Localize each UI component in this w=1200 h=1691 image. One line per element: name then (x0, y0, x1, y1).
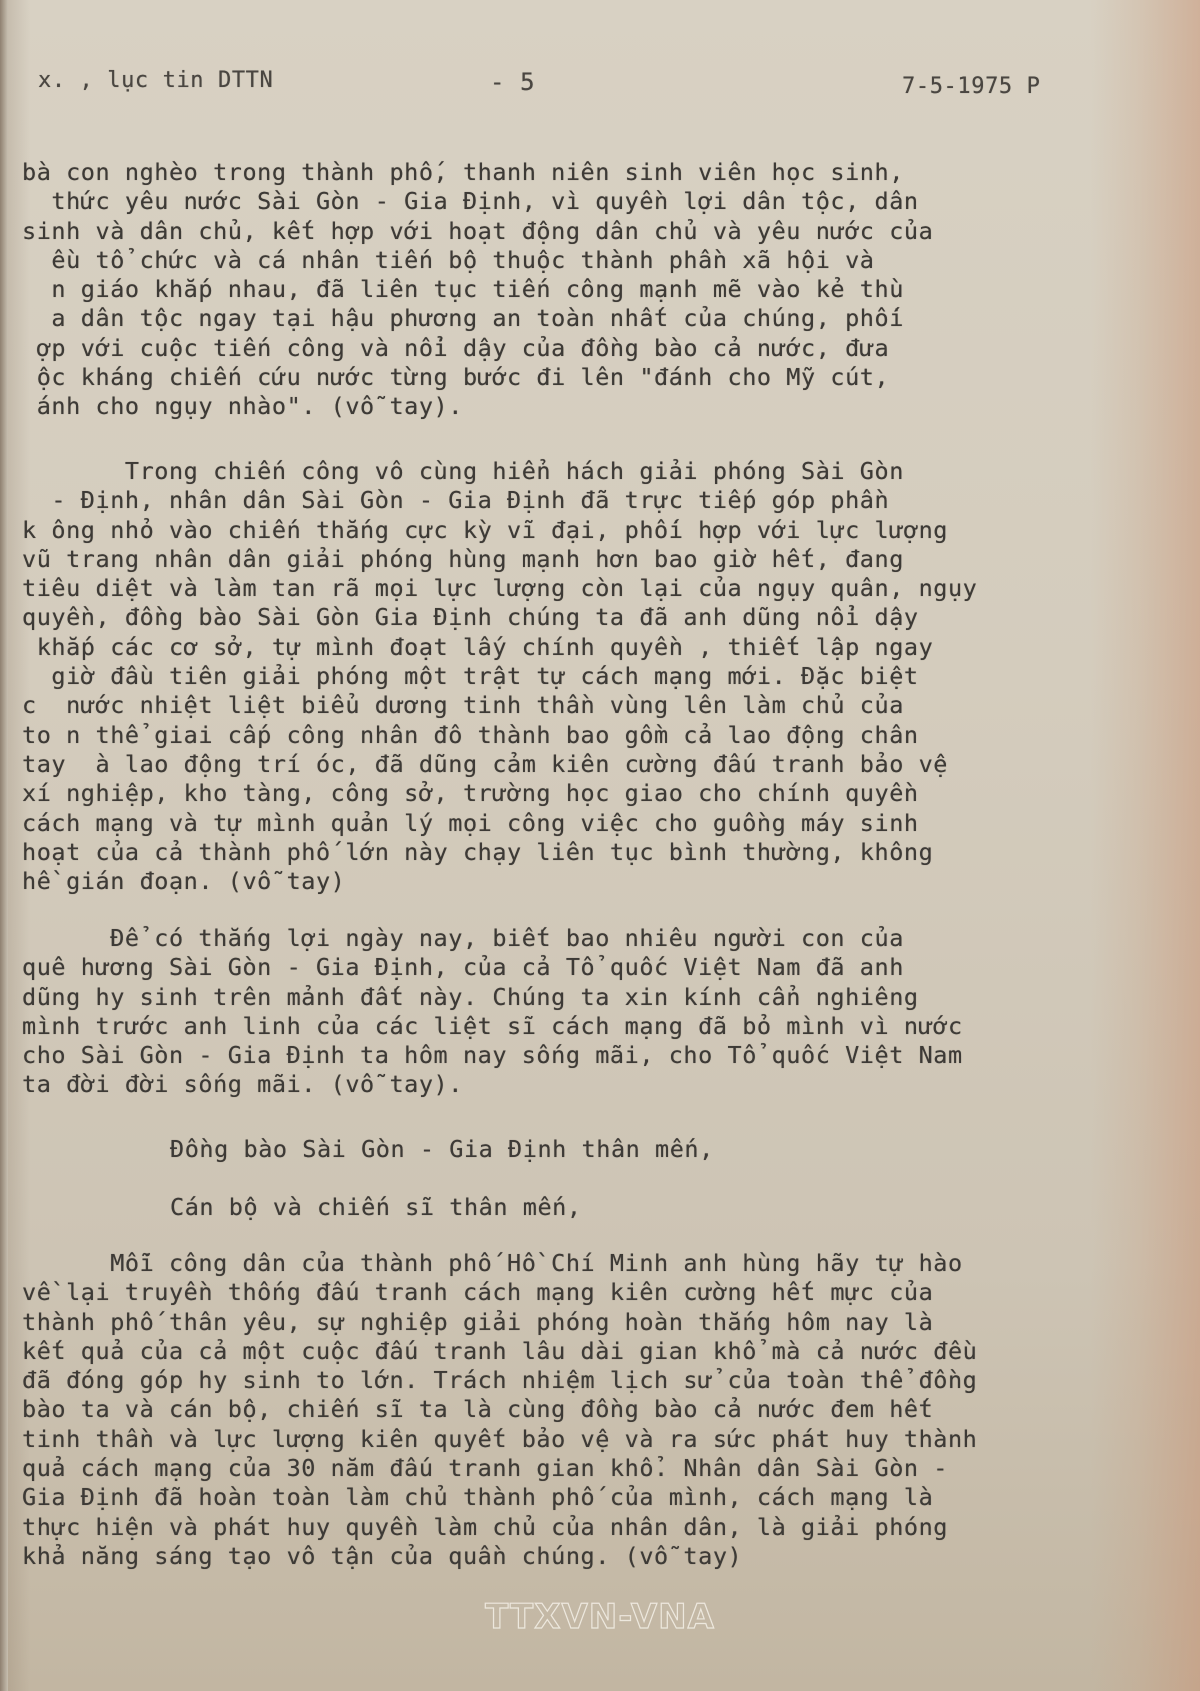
header-page-number: - 5 (490, 68, 535, 96)
text-line: thức yêu nước Sài Gòn - Gia Định, vì quy… (22, 187, 1142, 216)
watermark-text: TTXVN-VNA (485, 1597, 715, 1637)
agency-watermark: TTXVN-VNA (475, 1599, 725, 1635)
text-line: quê hương Sài Gòn - Gia Định, của cả Tổ … (22, 953, 1142, 982)
text-line: - Định, nhân dân Sài Gòn - Gia Định đã t… (22, 486, 1142, 515)
text-line: quả cách mạng của 30 năm đấu tranh gian … (22, 1454, 1142, 1483)
text-line: to n thể giai cấp công nhân đô thành bao… (22, 721, 1142, 750)
text-line: kết quả của cả một cuộc đấu tranh lâu dà… (22, 1337, 1142, 1366)
text-line: mình trước anh linh của các liệt sĩ cách… (22, 1012, 1142, 1041)
paragraph-2: Trong chiến công vô cùng hiển hách giải … (22, 457, 1142, 896)
text-line: sinh và dân chủ, kết hợp với hoạt động d… (22, 217, 1142, 246)
paragraph-closing: Mỗi công dân của thành phố Hồ Chí Minh a… (22, 1249, 1142, 1571)
text-line: tinh thần và lực lượng kiên quyết bảo vệ… (22, 1425, 1142, 1454)
text-line: thực hiện và phát huy quyền làm chủ của … (22, 1513, 1142, 1542)
page-left-edge (0, 0, 8, 1691)
text-line: khắp các cơ sở, tự mình đoạt lấy chính q… (22, 633, 1142, 662)
header-date: 7-5-1975 P (902, 74, 1040, 99)
header-source-label: x. , lục tin DTTN (38, 68, 273, 93)
text-line: hoạt của cả thành phố lớn này chạy liên … (22, 838, 1142, 867)
greeting-cadres: Cán bộ và chiến sĩ thân mến, (170, 1193, 582, 1222)
text-line: hề gián đoạn. (vỗ tay) (22, 867, 1142, 896)
text-line: cho Sài Gòn - Gia Định ta hôm nay sống m… (22, 1041, 1142, 1070)
text-line: đã đóng góp hy sinh to lớn. Trách nhiệm … (22, 1366, 1142, 1395)
greeting-citizens: Đồng bào Sài Gòn - Gia Định thân mến, (170, 1135, 714, 1164)
text-line: bào ta và cán bộ, chiến sĩ ta là cùng đồ… (22, 1395, 1142, 1424)
paragraph-3: Để có thắng lợi ngày nay, biết bao nhiêu… (22, 924, 1142, 1100)
text-line: bà con nghèo trong thành phố, thanh niên… (22, 158, 1142, 187)
text-line: ta đời đời sống mãi. (vỗ tay). (22, 1070, 1142, 1099)
text-line: Gia Định đã hoàn toàn làm chủ thành phố … (22, 1483, 1142, 1512)
text-line: ánh cho ngụy nhào". (vỗ tay). (22, 392, 1142, 421)
text-line: n giáo khắp nhau, đã liên tục tiến công … (22, 275, 1142, 304)
text-line: a dân tộc ngay tại hậu phương an toàn nh… (22, 304, 1142, 333)
text-line: ợp với cuộc tiến công và nổi dậy của đồn… (22, 334, 1142, 363)
scanned-document-page: x. , lục tin DTTN - 5 7-5-1975 P bà con … (0, 0, 1200, 1691)
text-line: Để có thắng lợi ngày nay, biết bao nhiêu… (22, 924, 1142, 953)
text-line: xí nghiệp, kho tàng, công sở, trường học… (22, 779, 1142, 808)
text-line: k ông nhỏ vào chiến thắng cực kỳ vĩ đại,… (22, 516, 1142, 545)
text-line: Mỗi công dân của thành phố Hồ Chí Minh a… (22, 1249, 1142, 1278)
text-line: giờ đầu tiên giải phóng một trật tự cách… (22, 662, 1142, 691)
text-line: tiêu diệt và làm tan rã mọi lực lượng cò… (22, 574, 1142, 603)
text-line: về lại truyền thống đấu tranh cách mạng … (22, 1278, 1142, 1307)
text-line: tay à lao động trí óc, đã dũng cảm kiên … (22, 750, 1142, 779)
text-line: ều tổ chức và cá nhân tiến bộ thuộc thàn… (22, 246, 1142, 275)
text-line: vũ trang nhân dân giải phóng hùng mạnh h… (22, 545, 1142, 574)
text-line: khả năng sáng tạo vô tận của quần chúng.… (22, 1542, 1142, 1571)
text-line: c nước nhiệt liệt biểu dương tinh thần v… (22, 691, 1142, 720)
paragraph-1: bà con nghèo trong thành phố, thanh niên… (22, 158, 1142, 422)
text-line: quyền, đồng bào Sài Gòn Gia Định chúng t… (22, 603, 1142, 632)
text-line: Trong chiến công vô cùng hiển hách giải … (22, 457, 1142, 486)
text-line: cách mạng và tự mình quản lý mọi công vi… (22, 809, 1142, 838)
text-line: ộc kháng chiến cứu nước từng bước đi lên… (22, 363, 1142, 392)
text-line: dũng hy sinh trên mảnh đất này. Chúng ta… (22, 983, 1142, 1012)
text-line: thành phố thân yêu, sự nghiệp giải phóng… (22, 1308, 1142, 1337)
